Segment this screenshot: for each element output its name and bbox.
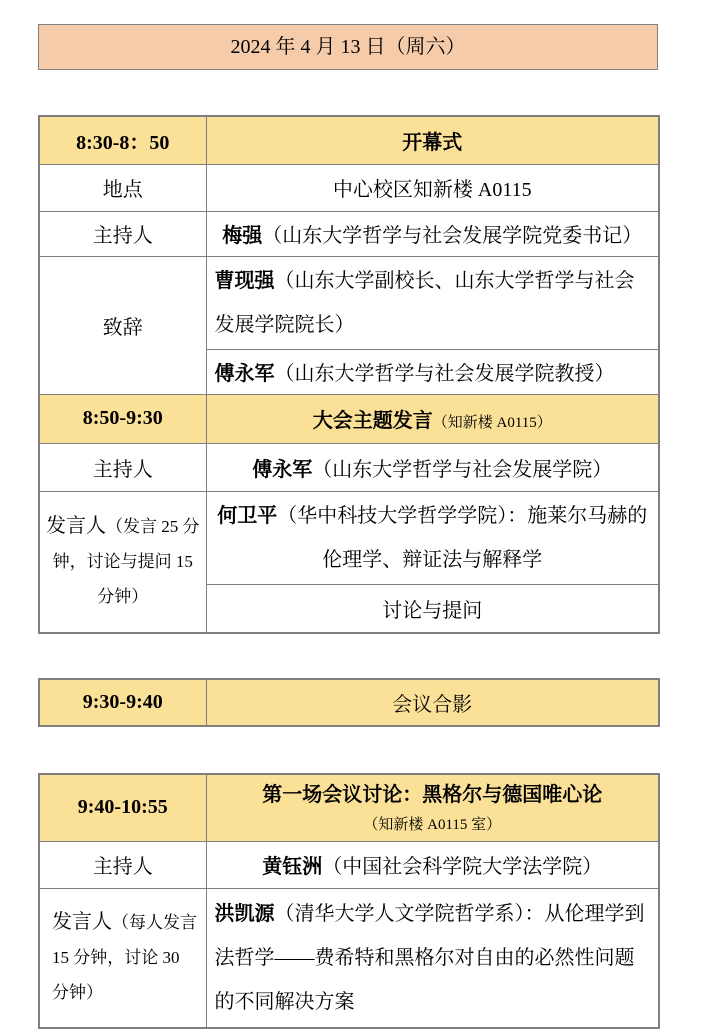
photo-session-title: 会议合影 — [206, 679, 659, 726]
schedule-page: 2024 年 4 月 13 日（周六） 8:30-8：50 开幕式 地点 中心校… — [0, 0, 703, 1036]
session3-talk-row: 发言人（每人发言 15 分钟，讨论 30 分钟） 洪凯源（清华大学人文学院哲学系… — [39, 888, 659, 1028]
location-label: 地点 — [39, 164, 206, 211]
session3-talk-speaker: 洪凯源 — [215, 903, 275, 925]
session3-time: 9:40-10:55 — [39, 774, 206, 841]
session3-title: 第一场会议讨论：黑格尔与德国唯心论 — [215, 778, 651, 812]
session3-table: 9:40-10:55 第一场会议讨论：黑格尔与德国唯心论 （知新楼 A0115 … — [38, 773, 660, 1029]
photo-session-row: 9:30-9:40 会议合影 — [39, 679, 659, 726]
location-value: 中心校区知新楼 A0115 — [206, 164, 659, 211]
session3-host-cell: 黄钰洲（中国社会科学院大学法学院） — [206, 841, 659, 888]
session1-host-label: 主持人 — [39, 211, 206, 256]
speech1-cell: 曹现强（山东大学副校长、山东大学哲学与社会发展学院院长） — [206, 256, 659, 349]
session2-title-cell: 大会主题发言（知新楼 A0115） — [206, 394, 659, 443]
session2-title: 大会主题发言 — [313, 410, 433, 432]
session2-host-affiliation: （山东大学哲学与社会发展学院） — [312, 459, 612, 481]
speech-label: 致辞 — [39, 256, 206, 394]
session2-title-note: （知新楼 A0115） — [433, 415, 552, 431]
session1-title: 开幕式 — [206, 116, 659, 164]
session3-speaker-label: 发言人 — [52, 911, 112, 933]
discussion-cell: 讨论与提问 — [206, 584, 659, 633]
session2-talk-row: 发言人（发言 25 分钟，讨论与提问 15 分钟） 何卫平（华中科技大学哲学学院… — [39, 491, 659, 584]
session1-host-row: 主持人 梅强（山东大学哲学与社会发展学院党委书记） — [39, 211, 659, 256]
session1-host-cell: 梅强（山东大学哲学与社会发展学院党委书记） — [206, 211, 659, 256]
session2-host-label: 主持人 — [39, 443, 206, 491]
speech2-cell: 傅永军（山东大学哲学与社会发展学院教授） — [206, 349, 659, 394]
session2-talk-speaker: 何卫平 — [217, 505, 277, 527]
speech2-affiliation: （山东大学哲学与社会发展学院教授） — [275, 363, 615, 385]
session1-host-name: 梅强 — [222, 225, 262, 247]
speech2-name: 傅永军 — [215, 363, 275, 385]
session2-host-name: 傅永军 — [252, 459, 312, 481]
session3-host-row: 主持人 黄钰洲（中国社会科学院大学法学院） — [39, 841, 659, 888]
session1-header-row: 8:30-8：50 开幕式 — [39, 116, 659, 164]
session3-speaker-label-cell: 发言人（每人发言 15 分钟，讨论 30 分钟） — [39, 888, 206, 1028]
photo-session-time: 9:30-9:40 — [39, 679, 206, 726]
session3-host-label: 主持人 — [39, 841, 206, 888]
session3-talk-cell: 洪凯源（清华大学人文学院哲学系）：从伦理学到法哲学——费希特和黑格尔对自由的必然… — [206, 888, 659, 1028]
session2-speaker-label-cell: 发言人（发言 25 分钟，讨论与提问 15 分钟） — [39, 491, 206, 633]
session3-header-row: 9:40-10:55 第一场会议讨论：黑格尔与德国唯心论 （知新楼 A0115 … — [39, 774, 659, 841]
morning-sessions-table: 8:30-8：50 开幕式 地点 中心校区知新楼 A0115 主持人 梅强（山东… — [38, 115, 660, 634]
session2-speaker-label: 发言人 — [46, 515, 106, 537]
date-banner: 2024 年 4 月 13 日（周六） — [38, 24, 658, 70]
session2-time: 8:50-9:30 — [39, 394, 206, 443]
session3-host-name: 黄钰洲 — [262, 856, 322, 878]
speech1-affiliation: （山东大学副校长、山东大学哲学与社会发展学院院长） — [215, 270, 635, 336]
session3-title-note: （知新楼 A0115 室） — [215, 812, 651, 838]
session2-talk-title: （华中科技大学哲学学院）：施莱尔马赫的伦理学、辩证法与解释学 — [277, 505, 647, 571]
session2-talk-cell: 何卫平（华中科技大学哲学学院）：施莱尔马赫的伦理学、辩证法与解释学 — [206, 491, 659, 584]
session3-talk-title: （清华大学人文学院哲学系）：从伦理学到法哲学——费希特和黑格尔对自由的必然性问题… — [215, 903, 645, 1013]
speech1-row: 致辞 曹现强（山东大学副校长、山东大学哲学与社会发展学院院长） — [39, 256, 659, 349]
session2-host-row: 主持人 傅永军（山东大学哲学与社会发展学院） — [39, 443, 659, 491]
session2-host-cell: 傅永军（山东大学哲学与社会发展学院） — [206, 443, 659, 491]
speech1-name: 曹现强 — [215, 270, 275, 292]
session3-title-cell: 第一场会议讨论：黑格尔与德国唯心论 （知新楼 A0115 室） — [206, 774, 659, 841]
date-text: 2024 年 4 月 13 日（周六） — [231, 36, 466, 58]
photo-session-table: 9:30-9:40 会议合影 — [38, 678, 660, 727]
session2-header-row: 8:50-9:30 大会主题发言（知新楼 A0115） — [39, 394, 659, 443]
session1-time: 8:30-8：50 — [39, 116, 206, 164]
session1-host-affiliation: （山东大学哲学与社会发展学院党委书记） — [262, 225, 642, 247]
location-row: 地点 中心校区知新楼 A0115 — [39, 164, 659, 211]
session3-host-affiliation: （中国社会科学院大学法学院） — [322, 856, 602, 878]
